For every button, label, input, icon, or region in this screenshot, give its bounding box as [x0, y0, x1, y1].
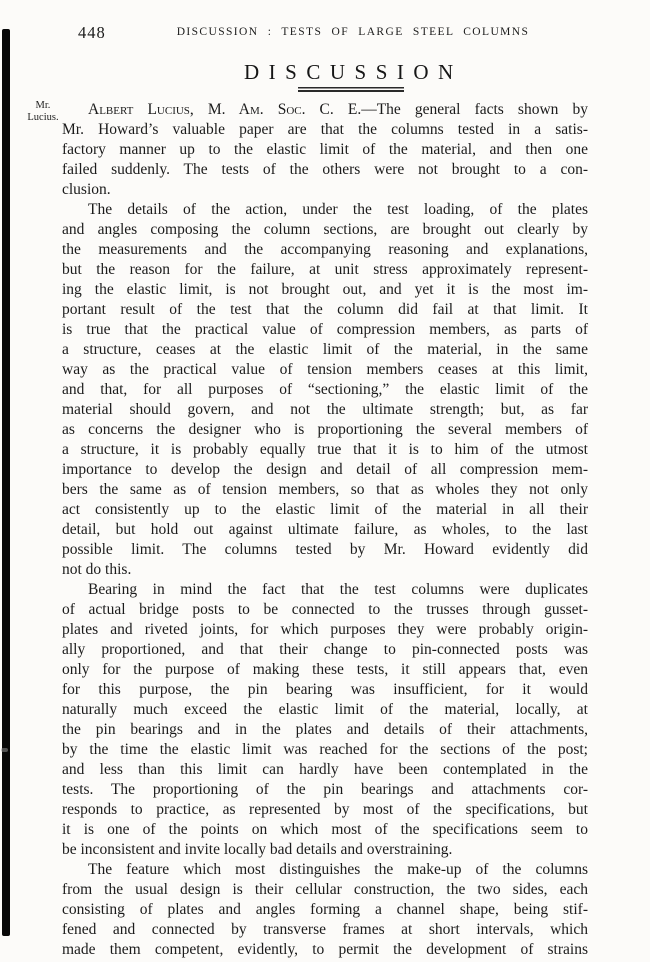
text-line: tests. The proportioning of the pin bear…: [62, 780, 588, 800]
text-line: factory manner up to the elastic limit o…: [62, 140, 588, 160]
text-line: portant result of the test that the colu…: [62, 300, 588, 320]
paragraph-1: Albert Lucius, M. Am. Soc. C. E.—The gen…: [62, 100, 588, 200]
text-line: of actual bridge posts to be connected t…: [62, 600, 588, 620]
text-line: responds to practice, as represented by …: [62, 800, 588, 820]
paragraph-1-lines: Mr. Howard’s valuable paper are that the…: [62, 120, 588, 200]
text-line: failed suddenly. The tests of the others…: [62, 160, 588, 180]
text-line: ally proportioned, and that their change…: [62, 640, 588, 660]
text-line: it is one of the points on which most of…: [62, 820, 588, 840]
text-line: The feature which most distinguishes the…: [62, 860, 588, 880]
section-title: DISCUSSION: [244, 60, 463, 85]
scanned-page: 448 DISCUSSION : TESTS OF LARGE STEEL CO…: [0, 0, 650, 962]
text-line: only for the purpose of making these tes…: [62, 660, 588, 680]
paragraph-3: Bearing in mind the fact that the test c…: [62, 580, 588, 860]
text-line: plates and riveted joints, for which pur…: [62, 620, 588, 640]
scan-edge-artifact: [2, 29, 10, 936]
running-header: DISCUSSION : TESTS OF LARGE STEEL COLUMN…: [166, 26, 540, 38]
text-line: possible limit. The columns tested by Mr…: [62, 540, 588, 560]
title-double-rule: [298, 87, 404, 92]
text-line: detail, but hold out against ultimate fa…: [62, 520, 588, 540]
text-line: consisting of plates and angles forming …: [62, 900, 588, 920]
text-line: way as the practical value of tension me…: [62, 360, 588, 380]
text-line: is true that the practical value of comp…: [62, 320, 588, 340]
text-line: material should govern, and not the ulti…: [62, 400, 588, 420]
margin-note-line: Mr.: [24, 100, 62, 112]
text-line: for this purpose, the pin bearing was in…: [62, 680, 588, 700]
text-line: clusion.: [62, 180, 588, 200]
text-line: naturally much exceed the elastic limit …: [62, 700, 588, 720]
speaker-name-smallcaps: Albert Lucius, M. Am. Soc. C. E.: [88, 101, 361, 118]
text-line: the pin bearings and in the plates and d…: [62, 720, 588, 740]
text-line: from the usual design is their cellular …: [62, 880, 588, 900]
text-line: bers the same as of tension members, so …: [62, 480, 588, 500]
text-line: ing the elastic limit, is not brought ou…: [62, 280, 588, 300]
body-text-column: Albert Lucius, M. Am. Soc. C. E.—The gen…: [62, 100, 588, 960]
text-line: be inconsistent and invite locally bad d…: [62, 840, 588, 860]
text-line: but the reason for the failure, at unit …: [62, 260, 588, 280]
paragraph-2: The details of the action, under the tes…: [62, 200, 588, 580]
text-line: Albert Lucius, M. Am. Soc. C. E.—The gen…: [62, 100, 588, 120]
paragraph-4: The feature which most distinguishes the…: [62, 860, 588, 960]
text-line: the measurements and the accompanying re…: [62, 240, 588, 260]
text-line: The details of the action, under the tes…: [62, 200, 588, 220]
text-line: a structure, it is probably equally true…: [62, 440, 588, 460]
text-line: a structure, ceases at the elastic limit…: [62, 340, 588, 360]
margin-note-line: Lucius.: [24, 112, 62, 124]
page-number: 448: [78, 23, 106, 43]
text-line: by the time the elastic limit was reache…: [62, 740, 588, 760]
text-line: and angles composing the column sections…: [62, 220, 588, 240]
scan-speck: [1, 748, 8, 752]
text-line: and less than this limit can hardly have…: [62, 760, 588, 780]
text-line: made them competent, evidently, to permi…: [62, 940, 588, 960]
text-line: importance to develop the design and det…: [62, 460, 588, 480]
text-line: fened and connected by transverse frames…: [62, 920, 588, 940]
text-line: and that, for all purposes of “sectionin…: [62, 380, 588, 400]
text-line: as concerns the designer who is proporti…: [62, 420, 588, 440]
text-line: Bearing in mind the fact that the test c…: [62, 580, 588, 600]
margin-note-speaker: Mr. Lucius.: [24, 100, 62, 124]
text-line: not do this.: [62, 560, 588, 580]
text-line: Mr. Howard’s valuable paper are that the…: [62, 120, 588, 140]
text-line: act consistently up to the elastic limit…: [62, 500, 588, 520]
lead-rest: —The general facts shown by: [361, 101, 588, 118]
